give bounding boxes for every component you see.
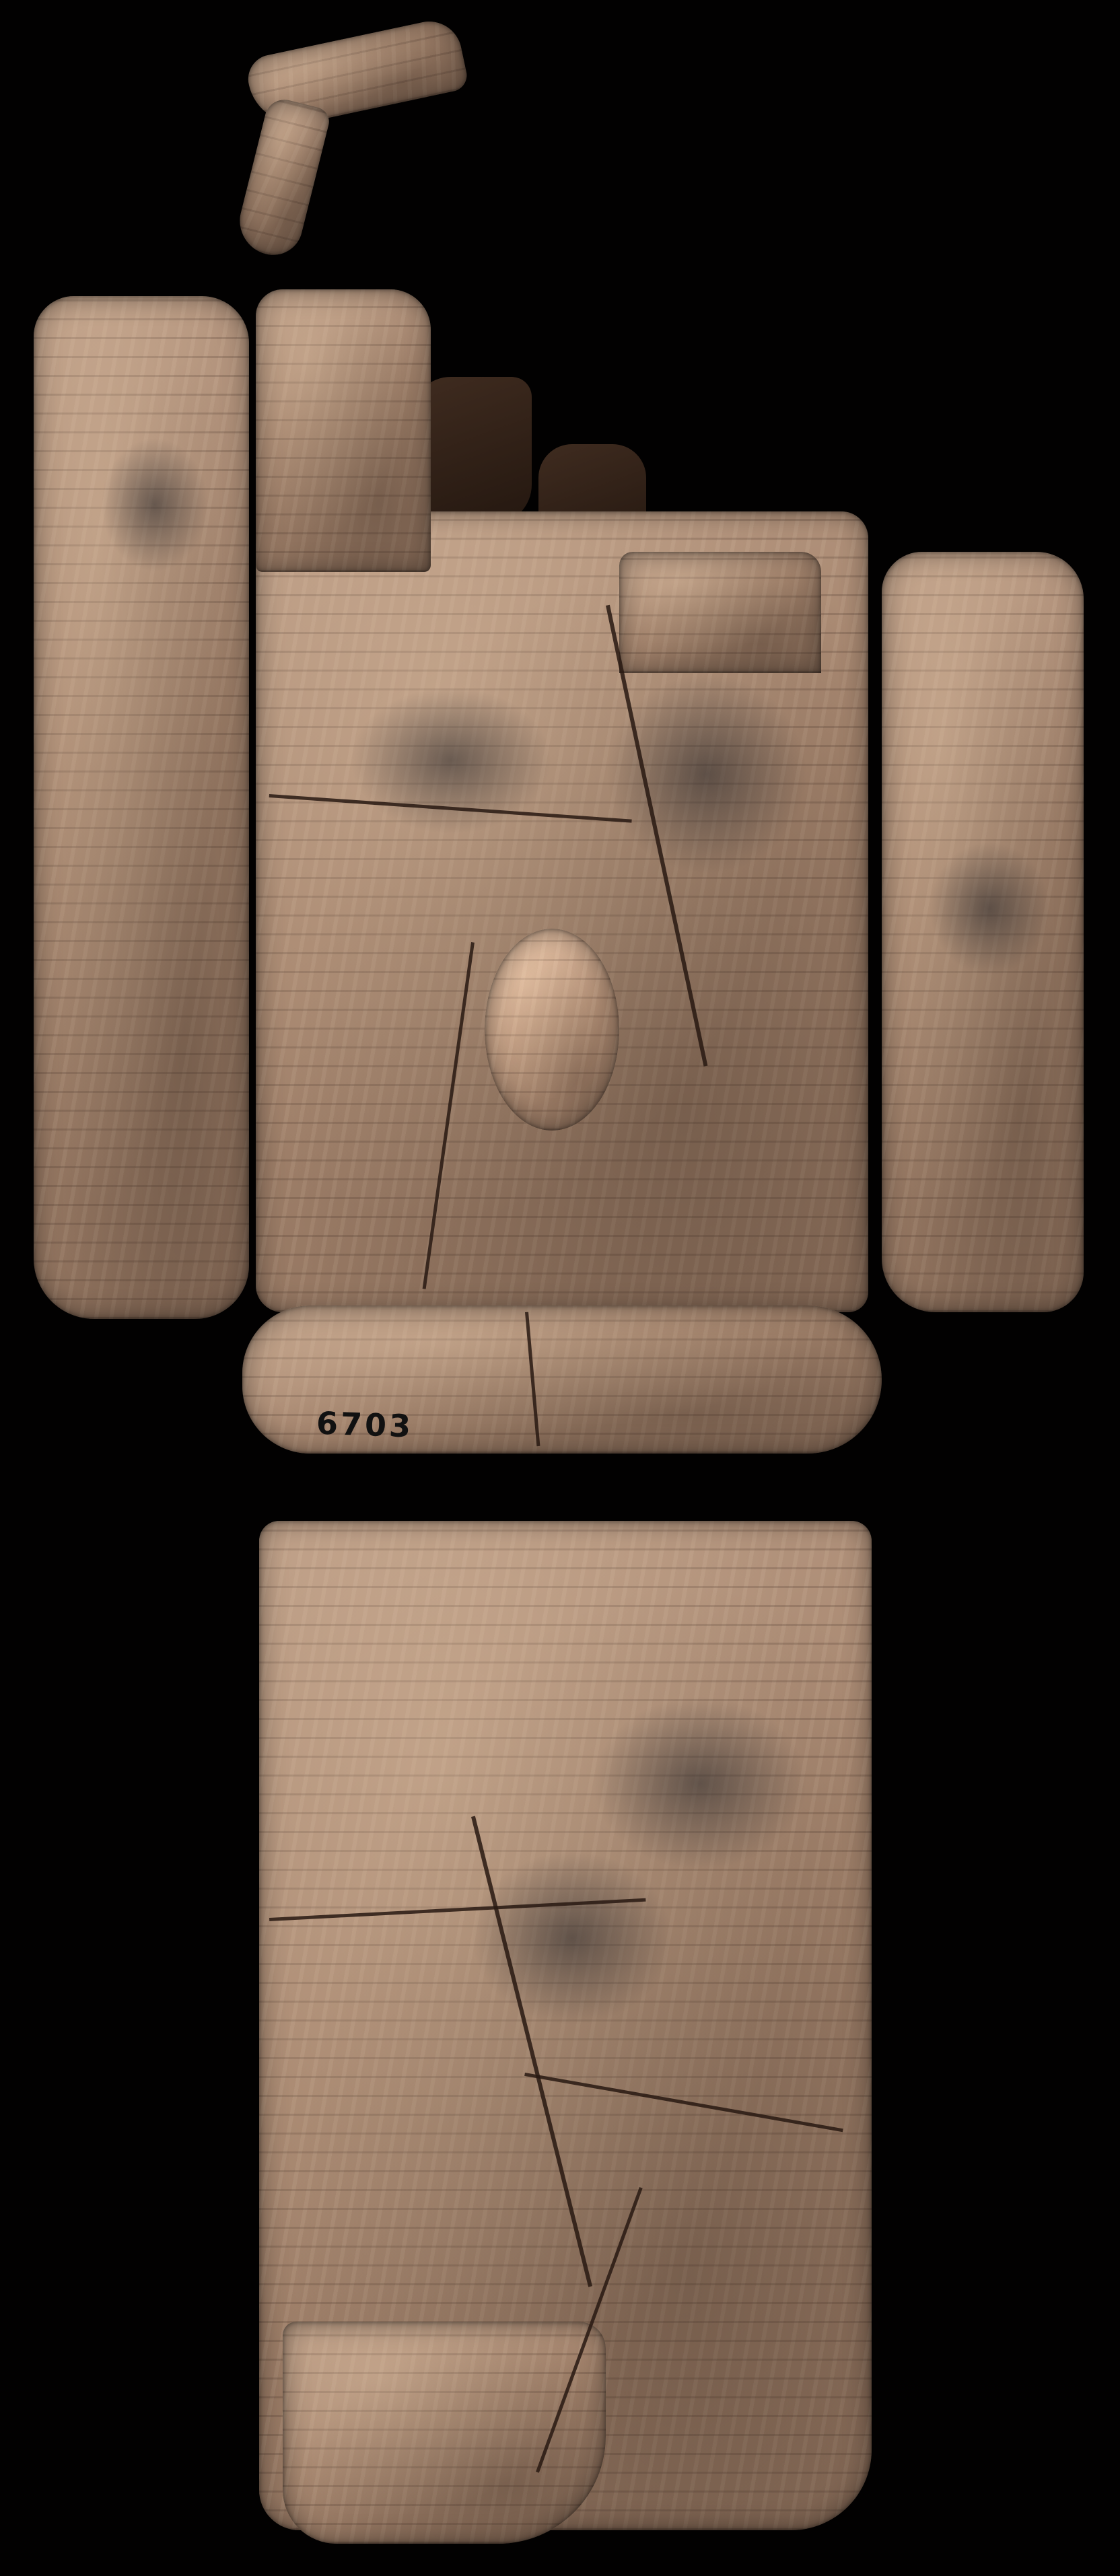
obverse-upper-left-peak (256, 289, 431, 572)
tablet-photograph: 6703 (0, 0, 1120, 2576)
reverse-lower-bottom-taper (283, 2322, 606, 2544)
museum-number-label: 6703 (316, 1405, 414, 1445)
top-curved-fragment-tail (233, 96, 332, 261)
dark-stain (929, 841, 1050, 976)
dark-stain (606, 673, 808, 875)
exposed-interior-area (485, 929, 619, 1131)
dark-stain (592, 1696, 808, 1871)
obverse-upper-right-block (619, 552, 821, 673)
dark-stain (101, 437, 209, 572)
